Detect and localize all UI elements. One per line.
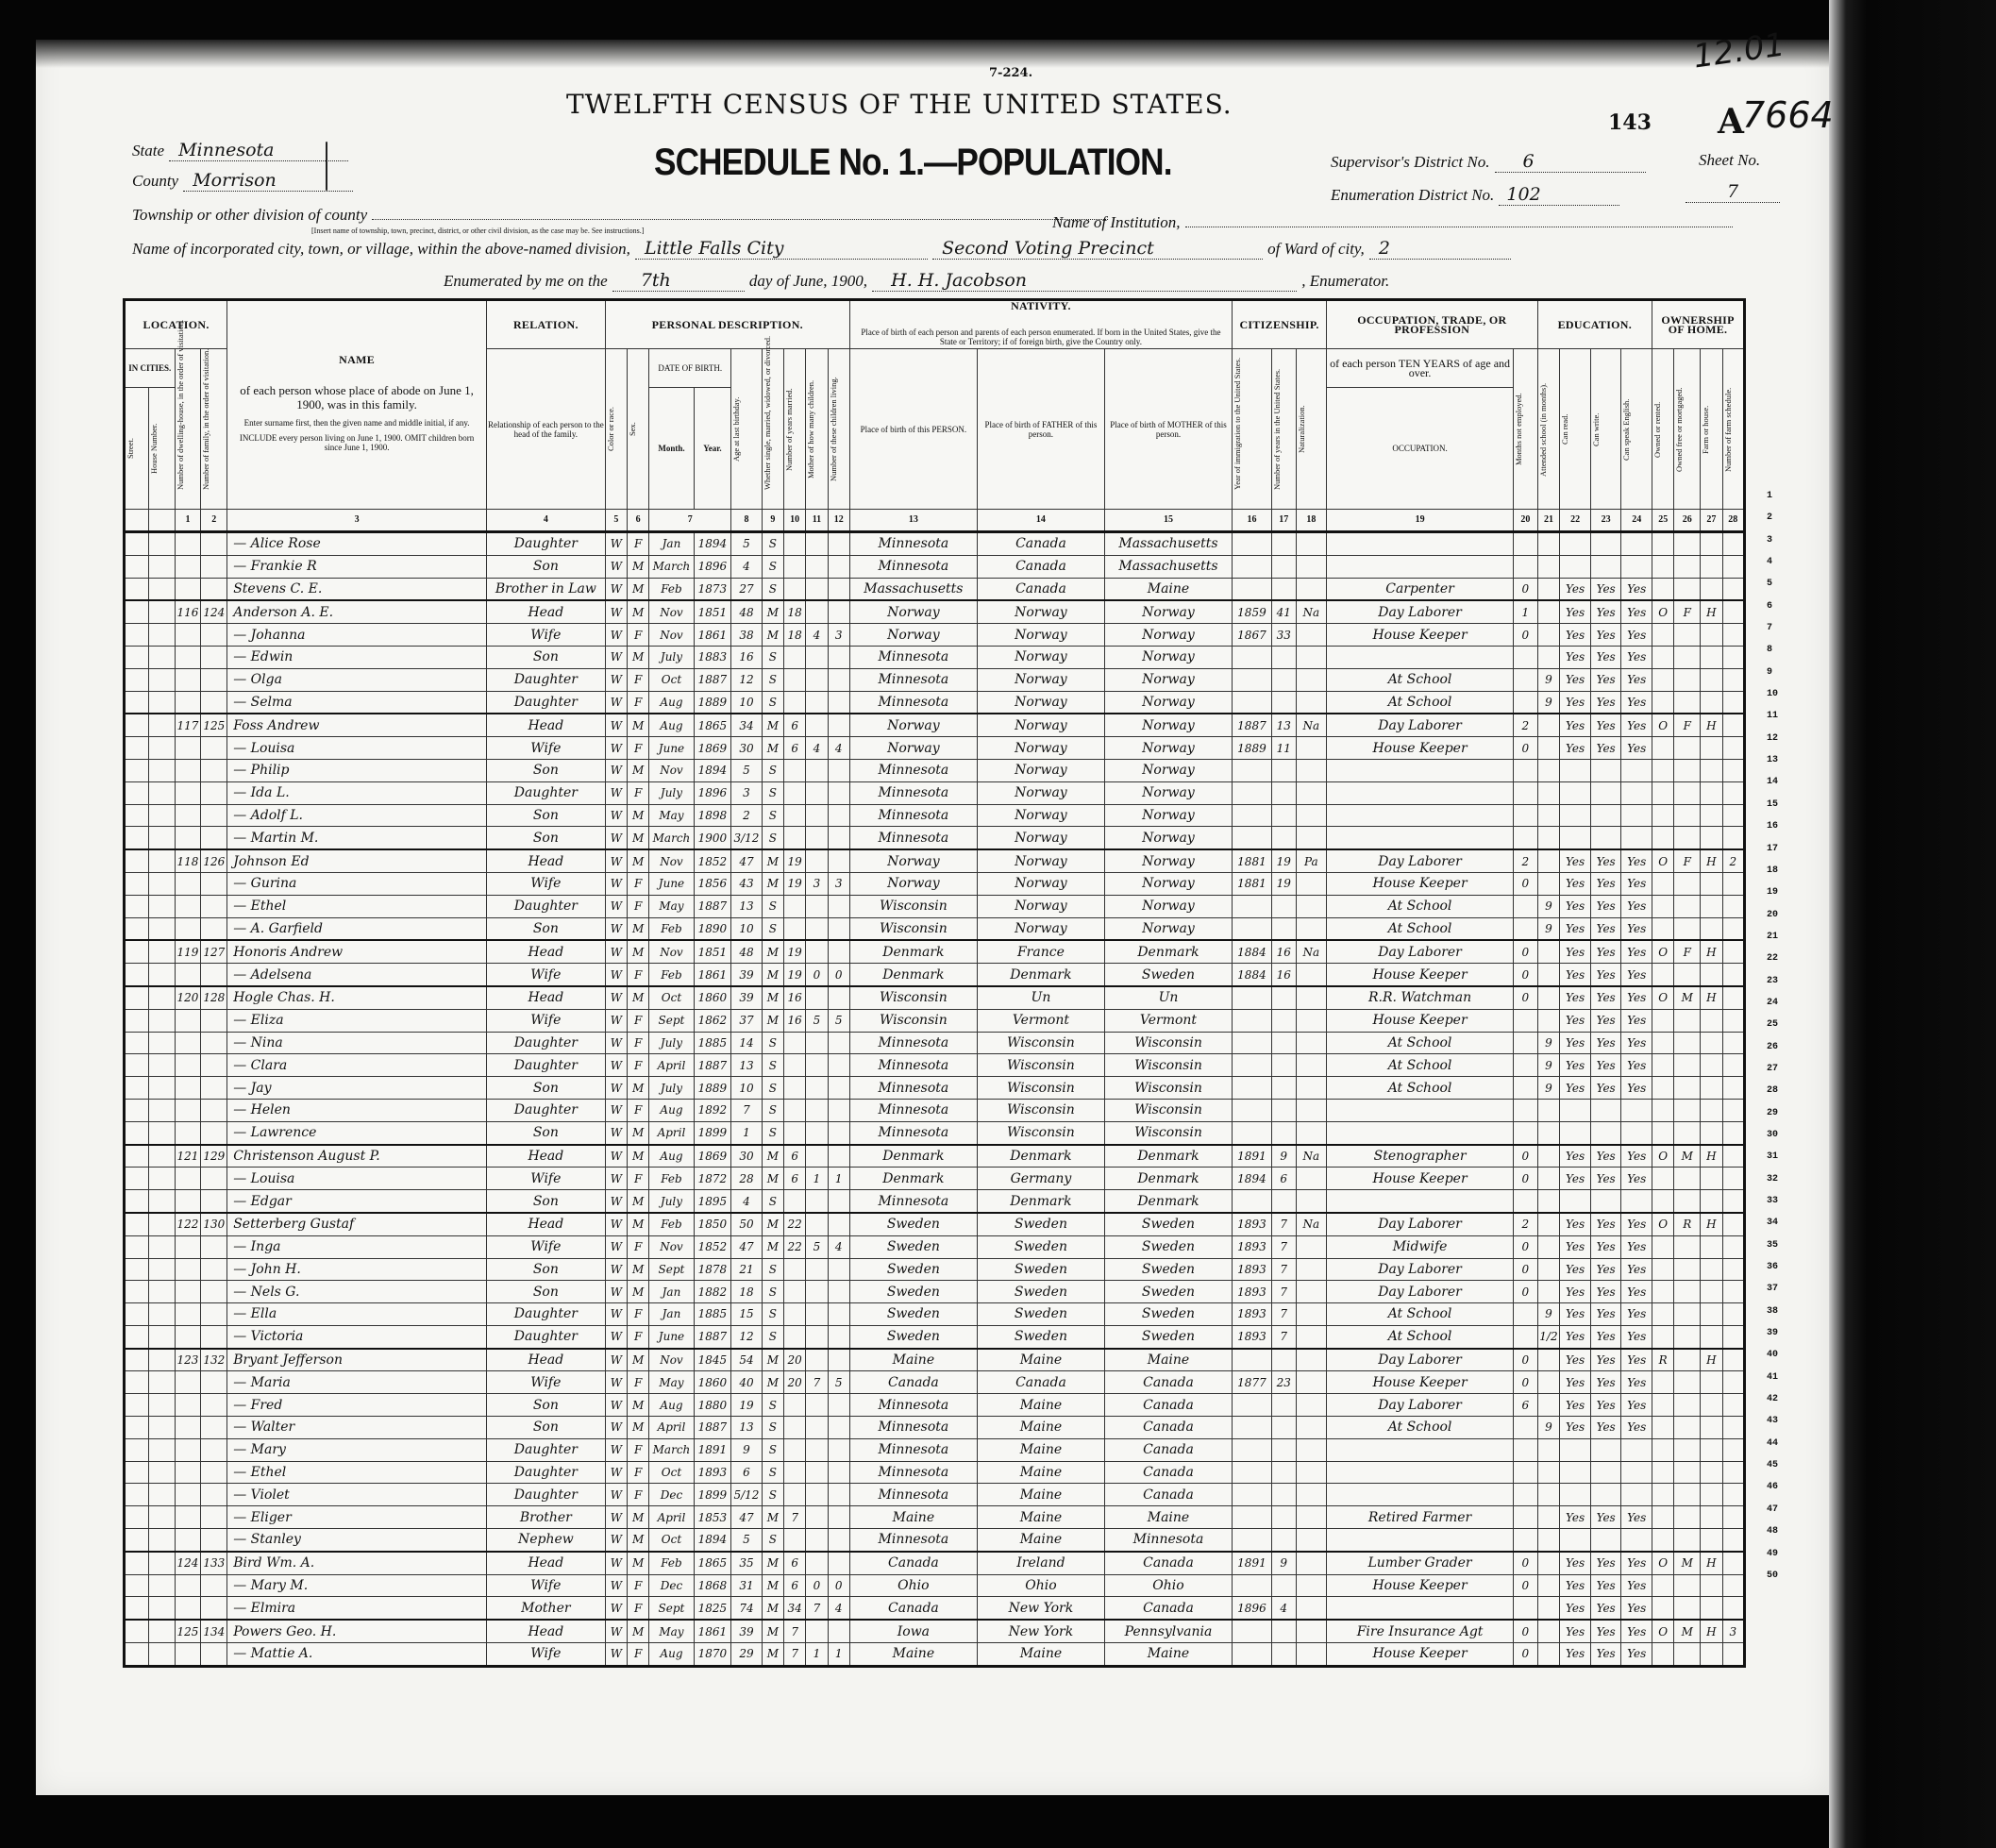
cell-mb: Canada bbox=[1104, 1438, 1232, 1461]
cell-month: June bbox=[649, 737, 694, 760]
cell-cl bbox=[828, 600, 849, 623]
cell-yrs: 7 bbox=[1271, 1258, 1296, 1281]
cell-name: — Violet bbox=[227, 1484, 487, 1506]
cell-race: W bbox=[605, 827, 627, 849]
cell-fm: F bbox=[1674, 600, 1701, 623]
cell-en bbox=[1621, 759, 1652, 781]
cell-wr: Yes bbox=[1590, 1349, 1621, 1371]
cell-imm bbox=[1233, 1461, 1272, 1484]
cell-street bbox=[125, 1054, 149, 1077]
cell-mne bbox=[1514, 1325, 1538, 1348]
cell-name: — Louisa bbox=[227, 1168, 487, 1190]
cell-street bbox=[125, 646, 149, 668]
cell-house bbox=[148, 1484, 175, 1506]
cell-fh bbox=[1701, 917, 1722, 940]
cell-mc bbox=[806, 986, 828, 1009]
cell-fs bbox=[1722, 646, 1744, 668]
cell-age: 39 bbox=[731, 986, 763, 1009]
cell-cl: 3 bbox=[828, 624, 849, 647]
cell-sch bbox=[1537, 1168, 1560, 1190]
cell-fm bbox=[1674, 1643, 1701, 1667]
cell-ym bbox=[784, 668, 806, 691]
cell-mc bbox=[806, 940, 828, 963]
cell-rd bbox=[1560, 1461, 1591, 1484]
cell-rel: Son bbox=[486, 1190, 605, 1213]
cell-age: 6 bbox=[731, 1461, 763, 1484]
cell-sex: F bbox=[628, 1235, 649, 1258]
city-field: Name of incorporated city, town, or vill… bbox=[132, 238, 1511, 260]
cell-ms: M bbox=[762, 986, 783, 1009]
cell-nat bbox=[1296, 532, 1327, 556]
cell-pb: Iowa bbox=[849, 1620, 977, 1642]
cell-year: 1883 bbox=[694, 646, 731, 668]
cell-street bbox=[125, 1461, 149, 1484]
cell-pb: Minnesota bbox=[849, 759, 977, 781]
cell-rel: Wife bbox=[486, 964, 605, 986]
cell-fh bbox=[1701, 532, 1722, 556]
cell-year: 1889 bbox=[694, 1077, 731, 1100]
cell-mc bbox=[806, 1349, 828, 1371]
cell-year: 1885 bbox=[694, 1303, 731, 1326]
cell-occ: Stenographer bbox=[1327, 1145, 1514, 1168]
cell-rel: Son bbox=[486, 1281, 605, 1303]
cell-cl bbox=[828, 1417, 849, 1439]
cell-nat bbox=[1296, 1258, 1327, 1281]
cell-sch: 1/2 bbox=[1537, 1325, 1560, 1348]
cell-occ: Day Laborer bbox=[1327, 714, 1514, 736]
cell-house bbox=[148, 1643, 175, 1667]
cell-house bbox=[148, 1258, 175, 1281]
cell-year: 1882 bbox=[694, 1281, 731, 1303]
table-row: — PhilipSonWMNov18945SMinnesotaNorwayNor… bbox=[125, 759, 1745, 781]
cell-mb: Canada bbox=[1104, 1597, 1232, 1620]
cell-fb: Norway bbox=[977, 827, 1104, 849]
cell-fs bbox=[1722, 578, 1744, 600]
cell-wr bbox=[1590, 1099, 1621, 1121]
cell-fb: Canada bbox=[977, 532, 1104, 556]
cell-fm bbox=[1674, 1506, 1701, 1529]
cell-fm bbox=[1674, 1371, 1701, 1394]
cell-en: Yes bbox=[1621, 1552, 1652, 1574]
cell-month: Jan bbox=[649, 1281, 694, 1303]
cell-imm bbox=[1233, 1484, 1272, 1506]
cell-fs bbox=[1722, 781, 1744, 804]
cell-pb: Minnesota bbox=[849, 804, 977, 827]
cell-fb: Denmark bbox=[977, 1145, 1104, 1168]
cell-house bbox=[148, 1371, 175, 1394]
cell-mb: Massachusetts bbox=[1104, 555, 1232, 578]
cell-mne: 0 bbox=[1514, 940, 1538, 963]
cell-ms: M bbox=[762, 1506, 783, 1529]
cell-wr: Yes bbox=[1590, 737, 1621, 760]
cell-mc bbox=[806, 1121, 828, 1144]
cell-mb: Norway bbox=[1104, 646, 1232, 668]
cell-mne bbox=[1514, 1121, 1538, 1144]
cell-fam bbox=[201, 1235, 227, 1258]
cell-en: Yes bbox=[1621, 1145, 1652, 1168]
cell-own bbox=[1652, 1417, 1674, 1439]
table-row: — Alice RoseDaughterWFJan18945SMinnesota… bbox=[125, 532, 1745, 556]
cell-fh bbox=[1701, 1643, 1722, 1667]
cell-fs bbox=[1722, 1552, 1744, 1574]
cell-ym: 22 bbox=[784, 1213, 806, 1235]
stamp-number: 7664 bbox=[1742, 94, 1834, 136]
cell-rd bbox=[1560, 1121, 1591, 1144]
cell-house bbox=[148, 737, 175, 760]
cell-wr bbox=[1590, 804, 1621, 827]
cell-fb: Denmark bbox=[977, 1190, 1104, 1213]
cell-month: July bbox=[649, 1077, 694, 1100]
cell-year: 1894 bbox=[694, 532, 731, 556]
cell-ms: S bbox=[762, 781, 783, 804]
cell-house bbox=[148, 1121, 175, 1144]
cell-fs bbox=[1722, 1121, 1744, 1144]
cell-wr: Yes bbox=[1590, 1506, 1621, 1529]
cell-house bbox=[148, 964, 175, 986]
cell-name: Johnson Ed bbox=[227, 849, 487, 872]
cell-wr: Yes bbox=[1590, 1054, 1621, 1077]
cell-street bbox=[125, 1190, 149, 1213]
cell-ym bbox=[784, 691, 806, 714]
cell-sch: 9 bbox=[1537, 1054, 1560, 1077]
cell-name: — Mattie A. bbox=[227, 1643, 487, 1667]
cell-yrs: 41 bbox=[1271, 600, 1296, 623]
cell-dw bbox=[175, 1032, 201, 1054]
cell-name: Bryant Jefferson bbox=[227, 1349, 487, 1371]
cell-sch bbox=[1537, 827, 1560, 849]
cell-own bbox=[1652, 578, 1674, 600]
cell-ms: S bbox=[762, 895, 783, 917]
cell-house bbox=[148, 1168, 175, 1190]
cell-fs bbox=[1722, 1349, 1744, 1371]
cell-street bbox=[125, 624, 149, 647]
column-number: 15 bbox=[1104, 510, 1232, 532]
cell-rd: Yes bbox=[1560, 578, 1591, 600]
column-number: 18 bbox=[1296, 510, 1327, 532]
cell-wr: Yes bbox=[1590, 1552, 1621, 1574]
cell-month: April bbox=[649, 1417, 694, 1439]
cell-rel: Head bbox=[486, 1213, 605, 1235]
cell-yrs: 11 bbox=[1271, 737, 1296, 760]
cell-fs bbox=[1722, 1190, 1744, 1213]
cell-rel: Daughter bbox=[486, 668, 605, 691]
cell-yrs: 23 bbox=[1271, 1371, 1296, 1394]
cell-fs bbox=[1722, 1529, 1744, 1552]
cell-sex: M bbox=[628, 600, 649, 623]
cell-street bbox=[125, 1281, 149, 1303]
cell-own: O bbox=[1652, 940, 1674, 963]
column-number: 28 bbox=[1722, 510, 1744, 532]
cell-mne bbox=[1514, 646, 1538, 668]
cell-race: W bbox=[605, 1213, 627, 1235]
line-number: 36 bbox=[1767, 1262, 1795, 1284]
column-number: 2 bbox=[201, 510, 227, 532]
cell-sex: M bbox=[628, 1349, 649, 1371]
cell-own bbox=[1652, 1099, 1674, 1121]
cell-nat bbox=[1296, 1054, 1327, 1077]
cell-cl bbox=[828, 714, 849, 736]
table-row: — ElizaWifeWFSept186237M1655WisconsinVer… bbox=[125, 1009, 1745, 1032]
cell-year: 1856 bbox=[694, 872, 731, 895]
cell-en: Yes bbox=[1621, 1574, 1652, 1597]
cell-en bbox=[1621, 1461, 1652, 1484]
cell-ym bbox=[784, 1032, 806, 1054]
cell-pb: Denmark bbox=[849, 940, 977, 963]
cell-street bbox=[125, 872, 149, 895]
cell-street bbox=[125, 1145, 149, 1168]
cell-year: 1891 bbox=[694, 1438, 731, 1461]
cell-dw bbox=[175, 1099, 201, 1121]
cell-ms: M bbox=[762, 940, 783, 963]
cell-yrs bbox=[1271, 895, 1296, 917]
cell-month: Aug bbox=[649, 691, 694, 714]
cell-month: Nov bbox=[649, 1235, 694, 1258]
cell-nat bbox=[1296, 1121, 1327, 1144]
line-number: 29 bbox=[1767, 1108, 1795, 1130]
cell-name: — Johanna bbox=[227, 624, 487, 647]
cell-age: 48 bbox=[731, 600, 763, 623]
cell-sex: F bbox=[628, 1325, 649, 1348]
cell-own bbox=[1652, 1597, 1674, 1620]
cell-year: 1894 bbox=[694, 759, 731, 781]
cell-mb: Minnesota bbox=[1104, 1529, 1232, 1552]
cell-own bbox=[1652, 1506, 1674, 1529]
line-number: 17 bbox=[1767, 844, 1795, 865]
table-row: 120128Hogle Chas. H.HeadWMOct186039M16Wi… bbox=[125, 986, 1745, 1009]
cell-fam bbox=[201, 737, 227, 760]
line-number: 48 bbox=[1767, 1526, 1795, 1548]
cell-occ: At School bbox=[1327, 1077, 1514, 1100]
cell-fb: Norway bbox=[977, 781, 1104, 804]
cell-cl bbox=[828, 940, 849, 963]
cell-cl: 3 bbox=[828, 872, 849, 895]
table-row: — EdgarSonWMJuly18954SMinnesotaDenmarkDe… bbox=[125, 1190, 1745, 1213]
cell-ms: M bbox=[762, 1643, 783, 1667]
cell-ym bbox=[784, 1461, 806, 1484]
cell-mc bbox=[806, 1484, 828, 1506]
table-row: — MaryDaughterWFMarch18919SMinnesotaMain… bbox=[125, 1438, 1745, 1461]
group-in-cities: IN CITIES. bbox=[125, 349, 176, 388]
cell-dw bbox=[175, 1009, 201, 1032]
line-number: 8 bbox=[1767, 645, 1795, 666]
column-number: 3 bbox=[227, 510, 487, 532]
cell-mc: 1 bbox=[806, 1168, 828, 1190]
cell-rel: Son bbox=[486, 1077, 605, 1100]
cell-mc bbox=[806, 1190, 828, 1213]
cell-rd bbox=[1560, 1099, 1591, 1121]
cell-fh: H bbox=[1701, 1213, 1722, 1235]
cell-nat: Na bbox=[1296, 714, 1327, 736]
cell-ms: S bbox=[762, 646, 783, 668]
cell-fh: H bbox=[1701, 714, 1722, 736]
cell-sex: F bbox=[628, 872, 649, 895]
cell-mc: 5 bbox=[806, 1009, 828, 1032]
cell-rel: Head bbox=[486, 1349, 605, 1371]
cell-cl bbox=[828, 1281, 849, 1303]
cell-cl bbox=[828, 1325, 849, 1348]
cell-mne bbox=[1514, 1506, 1538, 1529]
cell-mb: Denmark bbox=[1104, 940, 1232, 963]
cell-en: Yes bbox=[1621, 668, 1652, 691]
cell-month: Oct bbox=[649, 986, 694, 1009]
cell-pb: Minnesota bbox=[849, 1190, 977, 1213]
cell-imm: 1893 bbox=[1233, 1213, 1272, 1235]
cell-rel: Son bbox=[486, 1417, 605, 1439]
cell-sch bbox=[1537, 849, 1560, 872]
cell-pb: Sweden bbox=[849, 1281, 977, 1303]
cell-mne: 0 bbox=[1514, 737, 1538, 760]
cell-yrs bbox=[1271, 1438, 1296, 1461]
table-row: — LouisaWifeWFFeb187228M611DenmarkGerman… bbox=[125, 1168, 1745, 1190]
cell-month: Feb bbox=[649, 964, 694, 986]
cell-mb: Norway bbox=[1104, 849, 1232, 872]
cell-month: March bbox=[649, 827, 694, 849]
cell-fb: Norway bbox=[977, 737, 1104, 760]
cell-nat bbox=[1296, 917, 1327, 940]
cell-name: — Fred bbox=[227, 1394, 487, 1417]
cell-sch bbox=[1537, 1643, 1560, 1667]
cell-ym: 19 bbox=[784, 940, 806, 963]
cell-month: July bbox=[649, 646, 694, 668]
cell-mb: Norway bbox=[1104, 804, 1232, 827]
cell-name: — A. Garfield bbox=[227, 917, 487, 940]
cell-street bbox=[125, 1235, 149, 1258]
cell-fb: Germany bbox=[977, 1168, 1104, 1190]
cell-dw bbox=[175, 532, 201, 556]
cell-fh: H bbox=[1701, 1145, 1722, 1168]
cell-name: — Eliza bbox=[227, 1009, 487, 1032]
cell-wr: Yes bbox=[1590, 646, 1621, 668]
cell-fam: 130 bbox=[201, 1213, 227, 1235]
cell-en bbox=[1621, 827, 1652, 849]
township-value bbox=[372, 219, 1108, 220]
cell-wr: Yes bbox=[1590, 624, 1621, 647]
cell-year: 1873 bbox=[694, 578, 731, 600]
cell-cl bbox=[828, 1349, 849, 1371]
cell-house bbox=[148, 532, 175, 556]
cell-fm bbox=[1674, 872, 1701, 895]
state-field: State Minnesota bbox=[132, 140, 377, 161]
ed-field: Enumeration District No. 102 bbox=[1331, 184, 1619, 206]
cell-mc bbox=[806, 1099, 828, 1121]
cell-sch: 9 bbox=[1537, 917, 1560, 940]
cell-fh bbox=[1701, 1121, 1722, 1144]
cell-fam bbox=[201, 804, 227, 827]
cell-rel: Head bbox=[486, 1552, 605, 1574]
cell-dw: 119 bbox=[175, 940, 201, 963]
cell-ym: 34 bbox=[784, 1597, 806, 1620]
cell-age: 29 bbox=[731, 1643, 763, 1667]
cell-mc bbox=[806, 849, 828, 872]
group-personal: PERSONAL DESCRIPTION. bbox=[605, 300, 849, 349]
cell-pb: Maine bbox=[849, 1643, 977, 1667]
line-number: 7 bbox=[1767, 623, 1795, 645]
cell-cl: 0 bbox=[828, 1574, 849, 1597]
cell-mb: Sweden bbox=[1104, 964, 1232, 986]
cell-street bbox=[125, 849, 149, 872]
column-number: 7 bbox=[649, 510, 731, 532]
cell-month: July bbox=[649, 781, 694, 804]
cell-own bbox=[1652, 646, 1674, 668]
cell-fm: R bbox=[1674, 1213, 1701, 1235]
cell-fb: Sweden bbox=[977, 1258, 1104, 1281]
cell-fam bbox=[201, 1303, 227, 1326]
cell-yrs: 16 bbox=[1271, 940, 1296, 963]
cell-own bbox=[1652, 964, 1674, 986]
cell-name: — Olga bbox=[227, 668, 487, 691]
cell-year: 1870 bbox=[694, 1643, 731, 1667]
line-number: 43 bbox=[1767, 1416, 1795, 1437]
cell-year: 1896 bbox=[694, 781, 731, 804]
cell-fm bbox=[1674, 1121, 1701, 1144]
cell-sex: M bbox=[628, 1258, 649, 1281]
cell-fb: France bbox=[977, 940, 1104, 963]
cell-fm bbox=[1674, 1281, 1701, 1303]
brace bbox=[326, 142, 327, 191]
cell-fh bbox=[1701, 1529, 1722, 1552]
cell-race: W bbox=[605, 737, 627, 760]
cell-mb: Norway bbox=[1104, 827, 1232, 849]
cell-pb: Minnesota bbox=[849, 646, 977, 668]
table-row: — SelmaDaughterWFAug188910SMinnesotaNorw… bbox=[125, 691, 1745, 714]
cell-cl bbox=[828, 1121, 849, 1144]
cell-house bbox=[148, 1597, 175, 1620]
cell-own: O bbox=[1652, 849, 1674, 872]
cell-sex: M bbox=[628, 917, 649, 940]
cell-fm bbox=[1674, 1597, 1701, 1620]
cell-rel: Head bbox=[486, 986, 605, 1009]
cell-age: 47 bbox=[731, 849, 763, 872]
cell-cl: 1 bbox=[828, 1168, 849, 1190]
cell-house bbox=[148, 1574, 175, 1597]
line-number: 13 bbox=[1767, 755, 1795, 777]
cell-pb: Sweden bbox=[849, 1213, 977, 1235]
table-row: — Nels G.SonWMJan188218SSwedenSwedenSwed… bbox=[125, 1281, 1745, 1303]
cell-sex: M bbox=[628, 759, 649, 781]
cell-age: 34 bbox=[731, 714, 763, 736]
line-number: 38 bbox=[1767, 1306, 1795, 1328]
cell-cl bbox=[828, 646, 849, 668]
cell-fs bbox=[1722, 1032, 1744, 1054]
cell-fh: H bbox=[1701, 1552, 1722, 1574]
cell-ym bbox=[784, 555, 806, 578]
cell-mb: Norway bbox=[1104, 781, 1232, 804]
cell-fam bbox=[201, 555, 227, 578]
cell-sch bbox=[1537, 1552, 1560, 1574]
cell-mc bbox=[806, 1529, 828, 1552]
table-body: — Alice RoseDaughterWFJan18945SMinnesota… bbox=[125, 532, 1745, 1667]
cell-fam bbox=[201, 1077, 227, 1100]
cell-own bbox=[1652, 1032, 1674, 1054]
cell-age: 12 bbox=[731, 668, 763, 691]
cell-nat bbox=[1296, 1190, 1327, 1213]
cell-month: Nov bbox=[649, 759, 694, 781]
cell-house bbox=[148, 1032, 175, 1054]
cell-fam bbox=[201, 1461, 227, 1484]
cell-wr: Yes bbox=[1590, 578, 1621, 600]
table-row: — EthelDaughterWFOct18936SMinnesotaMaine… bbox=[125, 1461, 1745, 1484]
line-number: 10 bbox=[1767, 689, 1795, 711]
cell-race: W bbox=[605, 1643, 627, 1667]
cell-race: W bbox=[605, 555, 627, 578]
cell-wr: Yes bbox=[1590, 895, 1621, 917]
cell-sch bbox=[1537, 759, 1560, 781]
cell-fm bbox=[1674, 1574, 1701, 1597]
cell-age: 13 bbox=[731, 1417, 763, 1439]
line-number: 5 bbox=[1767, 579, 1795, 600]
cell-cl bbox=[828, 849, 849, 872]
cell-street bbox=[125, 1371, 149, 1394]
